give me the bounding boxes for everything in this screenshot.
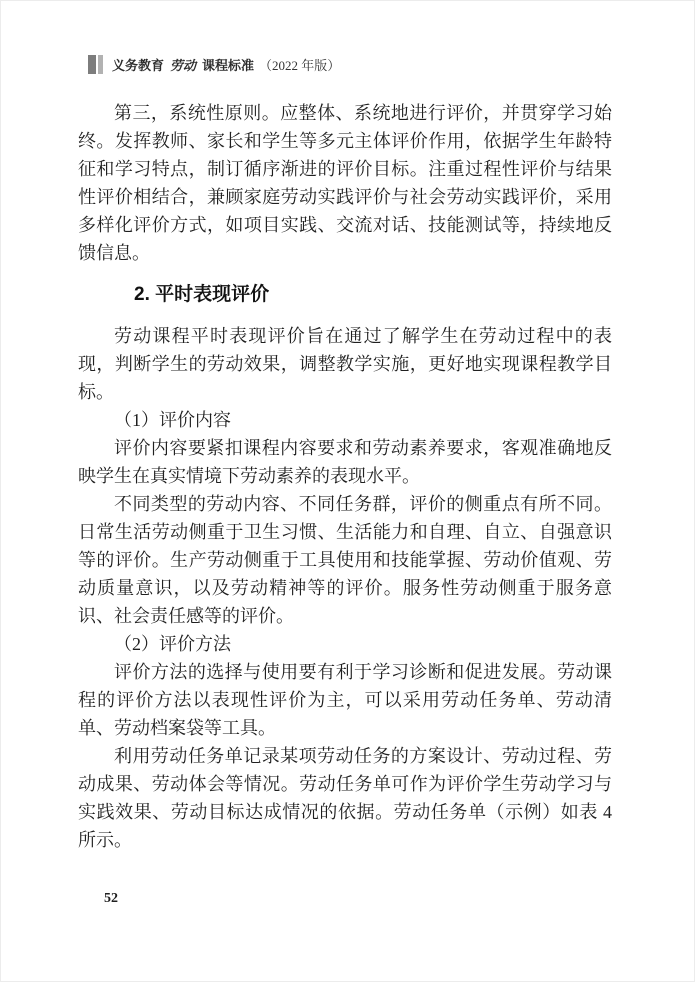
header-subject-title: 劳动 xyxy=(170,55,196,74)
header-edition: （2022 年版） xyxy=(259,55,340,74)
header-doc-type: 课程标准 xyxy=(202,55,254,74)
paragraph-systematic-principle: 第三，系统性原则。应整体、系统地进行评价，并贯穿学习始终。发挥教师、家长和学生等… xyxy=(78,99,612,267)
list-item-evaluation-method-label: （2）评价方法 xyxy=(78,630,612,658)
list-item-evaluation-content-label: （1）评价内容 xyxy=(78,406,612,434)
paragraph-evaluation-method: 评价方法的选择与使用要有利于学习诊断和促进发展。劳动课程的评价方法以表现性评价为… xyxy=(78,658,612,742)
header-bar-dark-icon xyxy=(88,55,96,74)
paragraph-evaluation-intro: 劳动课程平时表现评价旨在通过了解学生在劳动过程中的表现，判断学生的劳动效果，调整… xyxy=(78,322,612,406)
header-bar-light-icon xyxy=(98,55,103,74)
paragraph-evaluation-content-requirement: 评价内容要紧扣课程内容要求和劳动素养要求，客观准确地反映学生在真实情境下劳动素养… xyxy=(78,434,612,490)
document-page: 义务教育 劳动 课程标准 （2022 年版） 第三，系统性原则。应整体、系统地进… xyxy=(0,0,695,982)
paragraph-evaluation-content-types: 不同类型的劳动内容、不同任务群，评价的侧重点有所不同。日常生活劳动侧重于卫生习惯… xyxy=(78,490,612,630)
page-number: 52 xyxy=(104,891,118,907)
header-series-title: 义务教育 xyxy=(112,55,164,74)
body-text-column: 第三，系统性原则。应整体、系统地进行评价，并贯穿学习始终。发挥教师、家长和学生等… xyxy=(78,99,612,854)
paragraph-labor-task-sheet: 利用劳动任务单记录某项劳动任务的方案设计、劳动过程、劳动成果、劳动体会等情况。劳… xyxy=(78,742,612,854)
running-header: 义务教育 劳动 课程标准 （2022 年版） xyxy=(88,54,340,74)
section-heading-daily-performance-evaluation: 2. 平时表现评价 xyxy=(134,281,612,309)
